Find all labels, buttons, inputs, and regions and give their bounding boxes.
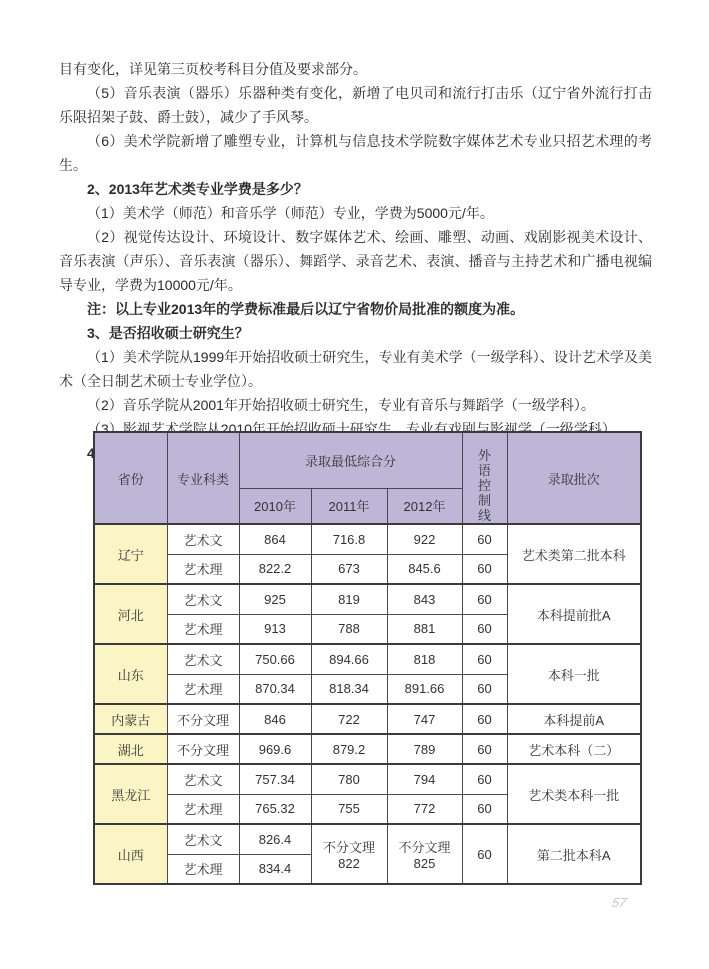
admission-score-table: 省份 专业科类 录取最低综合分 外语控制线 录取批次 2010年 2011年 2… [93,431,642,885]
table-row: 山东艺术文750.66894.6681860本科一批 [94,644,641,674]
paragraph: 2、2013年艺术类专业学费是多少？ [59,177,652,201]
score-cell-2012: 不分文理 825 [387,824,462,884]
score-cell-2012: 922 [387,524,462,554]
table-row: 湖北不分文理969.6879.278960艺术本科（二） [94,734,641,764]
score-cell-2010: 846 [239,704,311,734]
foreign-language-cell: 60 [462,734,507,764]
category-cell: 艺术理 [167,614,239,644]
category-cell: 艺术理 [167,794,239,824]
category-cell: 艺术文 [167,524,239,554]
score-cell-2011: 818.34 [311,674,387,704]
column-header-foreign-language-line: 外语控制线 [462,432,507,524]
column-header-score-group: 录取最低综合分 [239,432,462,488]
paragraph: （2）视觉传达设计、环境设计、数字媒体艺术、绘画、雕塑、动画、戏剧影视美术设计、… [59,225,652,297]
column-header-year-2011: 2011年 [311,488,387,524]
batch-cell: 本科提前批A [507,584,641,644]
foreign-language-cell: 60 [462,614,507,644]
paragraph: （6）美术学院新增了雕塑专业，计算机与信息技术学院数字媒体艺术专业只招艺术理的考… [59,129,652,177]
score-cell-2012: 818 [387,644,462,674]
document-body: 目有变化，详见第三页校考科目分值及要求部分。（5）音乐表演（器乐）乐器种类有变化… [59,57,652,465]
score-cell-2012: 794 [387,764,462,794]
category-cell: 艺术文 [167,764,239,794]
score-cell-2011: 673 [311,554,387,584]
document-page: 目有变化，详见第三页校考科目分值及要求部分。（5）音乐表演（器乐）乐器种类有变化… [0,0,709,969]
column-header-province: 省份 [94,432,167,524]
table-row: 河北艺术文92581984360本科提前批A [94,584,641,614]
province-cell: 山东 [94,644,167,704]
table-row: 辽宁艺术文864716.892260艺术类第二批本科 [94,524,641,554]
batch-cell: 第二批本科A [507,824,641,884]
category-cell: 不分文理 [167,704,239,734]
score-cell-2012: 843 [387,584,462,614]
province-cell: 内蒙古 [94,704,167,734]
paragraph: 注：以上专业2013年的学费标准最后以辽宁省物价局批准的额度为准。 [59,297,652,321]
score-cell-2010: 864 [239,524,311,554]
province-cell: 河北 [94,584,167,644]
foreign-language-cell: 60 [462,704,507,734]
score-cell-2011: 780 [311,764,387,794]
table-row: 黑龙江艺术文757.3478079460艺术类本科一批 [94,764,641,794]
foreign-language-label: 外语控制线 [478,448,492,523]
foreign-language-cell: 60 [462,794,507,824]
table-header: 省份 专业科类 录取最低综合分 外语控制线 录取批次 2010年 2011年 2… [94,432,641,524]
score-cell-2011: 819 [311,584,387,614]
foreign-language-cell: 60 [462,554,507,584]
column-header-year-2012: 2012年 [387,488,462,524]
score-cell-2010: 826.4 [239,824,311,854]
table-row: 山西艺术文826.4不分文理 822不分文理 82560第二批本科A [94,824,641,854]
score-cell-2011: 755 [311,794,387,824]
page-number-mark: 57 [610,895,628,910]
score-cell-2011: 722 [311,704,387,734]
score-cell-2012: 789 [387,734,462,764]
foreign-language-cell: 60 [462,644,507,674]
category-cell: 不分文理 [167,734,239,764]
category-cell: 艺术文 [167,644,239,674]
score-cell-2012: 747 [387,704,462,734]
score-cell-2011: 894.66 [311,644,387,674]
province-cell: 山西 [94,824,167,884]
score-cell-2010: 925 [239,584,311,614]
province-cell: 湖北 [94,734,167,764]
foreign-language-cell: 60 [462,764,507,794]
score-cell-2011: 716.8 [311,524,387,554]
paragraph: 目有变化，详见第三页校考科目分值及要求部分。 [59,57,652,81]
batch-cell: 艺术类第二批本科 [507,524,641,584]
score-cell-2011: 879.2 [311,734,387,764]
column-header-category: 专业科类 [167,432,239,524]
header-row-top: 省份 专业科类 录取最低综合分 外语控制线 录取批次 [94,432,641,488]
score-cell-2010: 750.66 [239,644,311,674]
batch-cell: 本科提前A [507,704,641,734]
score-cell-2010: 870.34 [239,674,311,704]
province-cell: 辽宁 [94,524,167,584]
score-cell-2010: 834.4 [239,854,311,884]
batch-cell: 艺术本科（二） [507,734,641,764]
score-cell-2012: 891.66 [387,674,462,704]
foreign-language-cell: 60 [462,674,507,704]
column-header-year-2010: 2010年 [239,488,311,524]
score-cell-2010: 822.2 [239,554,311,584]
batch-cell: 本科一批 [507,644,641,704]
foreign-language-cell: 60 [462,824,507,884]
paragraph: 3、是否招收硕士研究生？ [59,321,652,345]
paragraph: （1）美术学（师范）和音乐学（师范）专业，学费为5000元/年。 [59,201,652,225]
score-cell-2011: 不分文理 822 [311,824,387,884]
category-cell: 艺术文 [167,824,239,854]
table-row: 内蒙古不分文理84672274760本科提前A [94,704,641,734]
score-cell-2010: 969.6 [239,734,311,764]
score-cell-2012: 881 [387,614,462,644]
score-cell-2011: 788 [311,614,387,644]
paragraph: （2）音乐学院从2001年开始招收硕士研究生，专业有音乐与舞蹈学（一级学科）。 [59,393,652,417]
paragraph: （5）音乐表演（器乐）乐器种类有变化，新增了电贝司和流行打击乐（辽宁省外流行打击… [59,81,652,129]
category-cell: 艺术理 [167,674,239,704]
score-cell-2010: 913 [239,614,311,644]
province-cell: 黑龙江 [94,764,167,824]
score-cell-2012: 772 [387,794,462,824]
column-header-batch: 录取批次 [507,432,641,524]
foreign-language-cell: 60 [462,584,507,614]
foreign-language-cell: 60 [462,524,507,554]
score-cell-2012: 845.6 [387,554,462,584]
batch-cell: 艺术类本科一批 [507,764,641,824]
category-cell: 艺术文 [167,584,239,614]
score-cell-2010: 765.32 [239,794,311,824]
score-cell-2010: 757.34 [239,764,311,794]
paragraph: （1）美术学院从1999年开始招收硕士研究生，专业有美术学（一级学科）、设计艺术… [59,345,652,393]
category-cell: 艺术理 [167,854,239,884]
table-body: 辽宁艺术文864716.892260艺术类第二批本科艺术理822.2673845… [94,524,641,884]
category-cell: 艺术理 [167,554,239,584]
